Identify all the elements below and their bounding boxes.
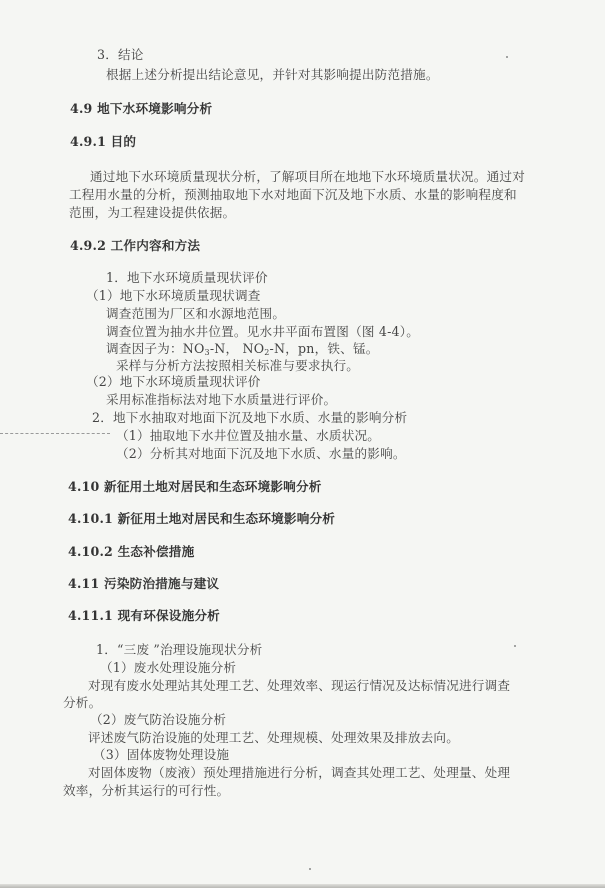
section-4-9-1-heading: 4.9.1 目的 [70, 133, 136, 151]
purpose-paragraph-line-1: 通过地下水环境质量现状分析，了解项目所在地地下水环境质量状况。通过对 [90, 168, 525, 186]
item-2-extraction-impact: 2．地下水抽取对地面下沉及地下水质、水量的影响分析 [92, 409, 407, 427]
purpose-paragraph-line-2: 工程用水量的分析，预测抽取地下水对地面下沉及地下水质、水量的影响程度和 [69, 186, 517, 204]
dashed-margin-line [0, 433, 110, 435]
wastewater-facility-heading: （1）废水处理设施分析 [100, 659, 236, 677]
subitem-1-quality-survey: （1）地下水环境质量现状调查 [86, 287, 261, 305]
exhaust-paragraph: 评述废气防治设施的处理工艺、处理规模、处理效果及排放去向。 [88, 729, 459, 747]
wastewater-paragraph-line-1: 对现有废水处理站其处理工艺、处理效率、现运行情况及达标情况进行调查 [88, 677, 510, 695]
section-4-10-2-heading: 4.10.2 生态补偿措施 [68, 543, 194, 561]
scan-speck [309, 868, 311, 870]
evaluation-method: 采用标准指标法对地下水质量进行评价。 [106, 391, 336, 409]
scanned-document-page: 3．结论 根据上述分析提出结论意见，并针对其影响提出防范措施。 4.9 地下水环… [0, 0, 605, 888]
wastewater-paragraph-line-2: 分析。 [63, 694, 101, 712]
section-4-11-heading: 4.11 污染防治措施与建议 [68, 575, 219, 593]
exhaust-facility-heading: （2）废气防治设施分析 [90, 711, 226, 729]
scan-bottom-edge [0, 884, 605, 888]
section-4-9-heading: 4.9 地下水环境影响分析 [70, 100, 212, 118]
extraction-subitem-1: （1）抽取地下水井位置及抽水量、水质状况。 [116, 427, 380, 445]
factor-no3-prefix: 调查因子为：NO [106, 341, 205, 356]
survey-scope: 调查范围为厂区和水源地范围。 [106, 305, 285, 323]
section-4-11-1-heading: 4.11.1 现有环保设施分析 [68, 607, 220, 625]
section-4-10-heading: 4.10 新征用土地对居民和生态环境影响分析 [68, 478, 322, 496]
conclusion-text: 根据上述分析提出结论意见，并针对其影响提出防范措施。 [106, 66, 439, 84]
extraction-subitem-2: （2）分析其对地面下沉及地下水质、水量的影响。 [116, 445, 406, 463]
solid-waste-paragraph-line-1: 对固体废物（废液）预处理措施进行分析，调查其处理工艺、处理量、处理 [88, 764, 510, 782]
item-1-groundwater-quality-evaluation: 1．地下水环境质量现状评价 [106, 269, 268, 287]
solid-waste-facility-heading: （3）固体废物处理设施 [93, 746, 229, 764]
subitem-2-quality-evaluation: （2）地下水环境质量现状评价 [86, 373, 261, 391]
conclusion-heading: 3．结论 [97, 46, 144, 64]
scan-speck [506, 56, 508, 58]
scan-speck [514, 645, 516, 647]
solid-waste-paragraph-line-2: 效率，分析其运行的可行性。 [63, 782, 229, 800]
section-4-9-2-heading: 4.9.2 工作内容和方法 [70, 237, 200, 255]
factor-no2-prefix: -N， NO [210, 341, 264, 356]
purpose-paragraph-line-3: 范围，为工程建设提供依据。 [69, 204, 235, 222]
three-wastes-heading: 1．“三废 ”治理设施现状分析 [96, 641, 262, 659]
survey-location: 调查位置为抽水井位置。见水井平面布置图（图 4-4）。 [106, 323, 419, 341]
factor-rest: -N，pn，铁、锰。 [270, 341, 379, 356]
section-4-10-1-heading: 4.10.1 新征用土地对居民和生态环境影响分析 [68, 510, 335, 528]
